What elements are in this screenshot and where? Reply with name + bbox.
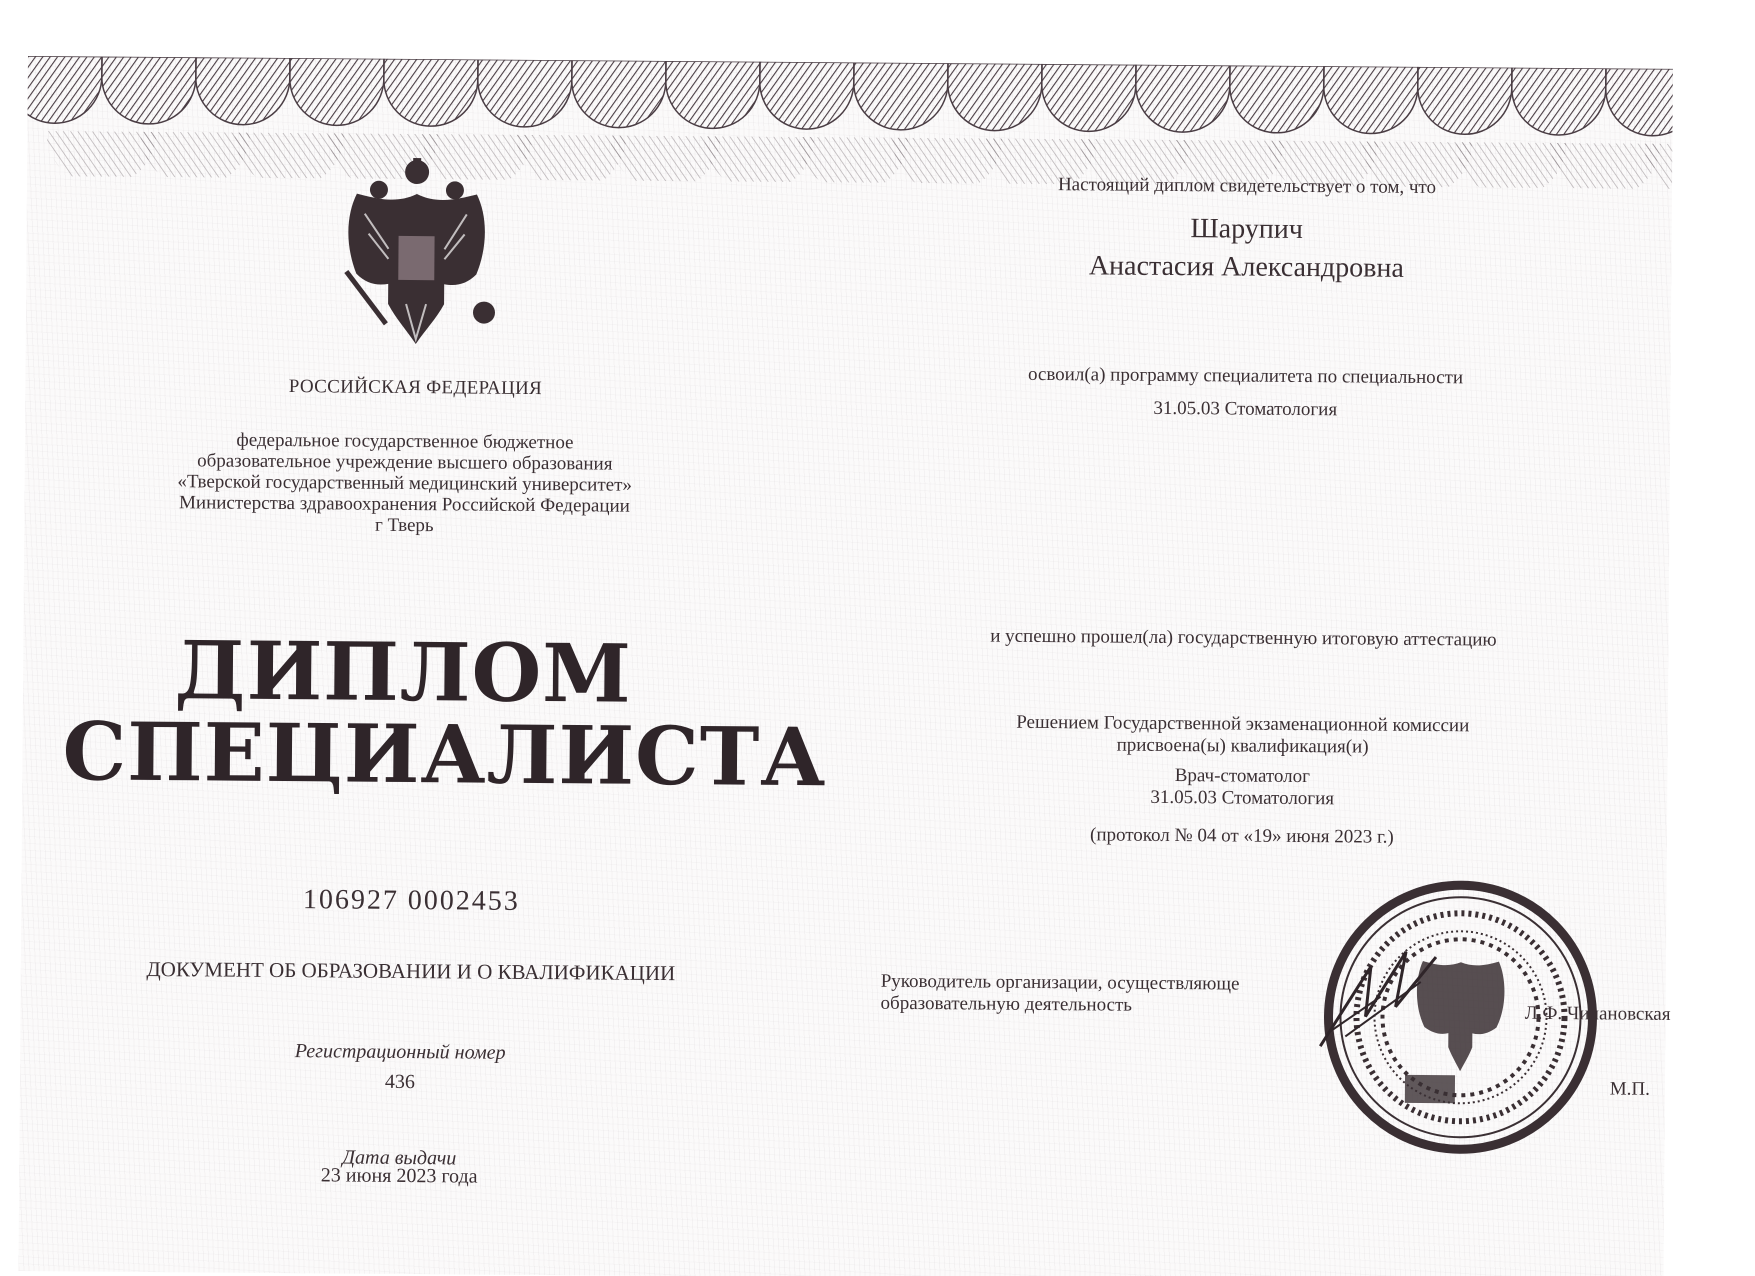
attestation-statement: и успешно прошел(ла) государственную ито… bbox=[903, 625, 1583, 652]
certifies-text: Настоящий диплом свидетельствует о том, … bbox=[977, 173, 1517, 199]
graduate-given-names: Анастасия Александровна bbox=[976, 249, 1516, 285]
program-statement: освоил(а) программу специалитета по спец… bbox=[945, 363, 1545, 390]
title-line-1: ДИПЛОМ bbox=[63, 628, 744, 715]
qualification-block: Врач-стоматолог 31.05.03 Стоматология bbox=[922, 763, 1562, 812]
diploma-sheet: РОССИЙСКАЯ ФЕДЕРАЦИЯ федеральное государ… bbox=[18, 56, 1672, 1276]
issue-date: 23 июня 2023 года bbox=[219, 1164, 579, 1190]
specialty: 31.05.03 Стоматология bbox=[945, 396, 1545, 423]
registration-number: 436 bbox=[220, 1070, 580, 1096]
russian-coat-of-arms-icon bbox=[316, 153, 518, 355]
document-type: ДОКУМЕНТ ОБ ОБРАЗОВАНИИ И О КВАЛИФИКАЦИИ bbox=[61, 956, 761, 986]
guilloche-border bbox=[27, 56, 1673, 189]
registration-label: Регистрационный номер bbox=[220, 1040, 580, 1066]
signature-scribble bbox=[1310, 936, 1451, 1057]
serial-number: 106927 0002453 bbox=[201, 883, 621, 918]
qualification-specialty: 31.05.03 Стоматология bbox=[922, 785, 1562, 812]
title-line-2: СПЕЦИАЛИСТА bbox=[62, 710, 743, 797]
commission-decision: Решением Государственной экзаменационной… bbox=[923, 711, 1563, 760]
signer-name: Л.Ф. Чичановская bbox=[1410, 1002, 1670, 1026]
country-heading: РОССИЙСКАЯ ФЕДЕРАЦИЯ bbox=[185, 375, 645, 401]
organization-name: федеральное государственное бюджетное об… bbox=[104, 429, 705, 539]
protocol-reference: (протокол № 04 от «19» июня 2023 г.) bbox=[922, 823, 1562, 850]
seal-mark-label: М.П. bbox=[1450, 1077, 1650, 1101]
graduate-surname: Шарупич bbox=[977, 211, 1517, 247]
diploma-title: ДИПЛОМ СПЕЦИАЛИСТА bbox=[62, 628, 743, 797]
